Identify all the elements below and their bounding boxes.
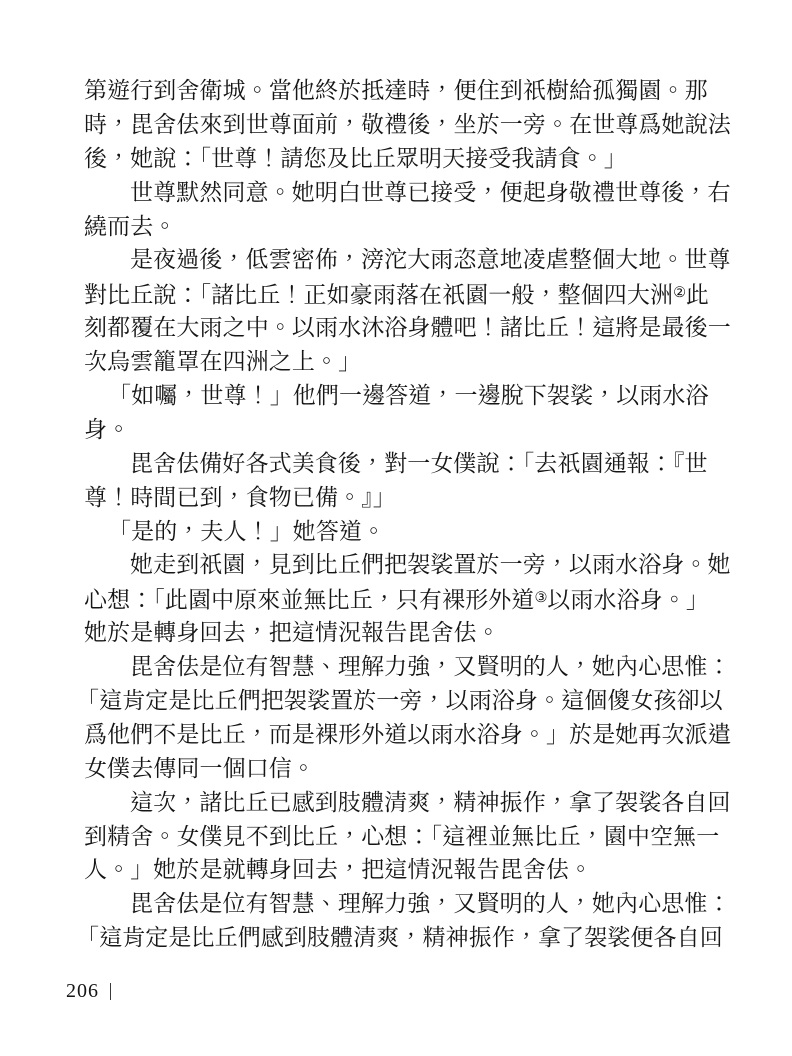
text-line: 後，她說：「世尊！請您及比丘眾明天接受我請食。」 (84, 142, 716, 176)
text-line: 身。 (84, 413, 716, 447)
text-line: 「這肯定是比丘們把袈裟置於一旁，以雨浴身。這個傻女孩卻以 (76, 684, 716, 718)
text-line: 爲他們不是比丘，而是裸形外道以雨水浴身。」於是她再次派遣 (84, 718, 716, 752)
text-line: 心想：「此園中原來並無比丘，只有裸形外道③以雨水浴身。」 (84, 582, 716, 616)
footnote-marker: ② (673, 285, 686, 301)
text-line: 毘舍佉是位有智慧、理解力強，又賢明的人，她內心思惟： (130, 887, 716, 921)
text-line: 「是的，夫人！」她答道。 (108, 515, 716, 549)
text-line: 毘舍佉是位有智慧、理解力強，又賢明的人，她內心思惟： (130, 650, 716, 684)
text-line: 人。」她於是就轉身回去，把這情況報告毘舍佉。 (84, 853, 716, 887)
text-line: 次烏雲籠罩在四洲之上。」 (84, 345, 716, 379)
page-number: 206 (66, 980, 99, 1003)
text-line: 她於是轉身回去，把這情況報告毘舍佉。 (84, 616, 716, 650)
text-line: 世尊默然同意。她明白世尊已接受，便起身敬禮世尊後，右 (130, 176, 716, 210)
body-text: 第遊行到舍衛城。當他終於抵達時，便住到祇樹給孤獨園。那時，毘舍佉來到世尊面前，敬… (84, 74, 716, 955)
page-footer: 206 (66, 980, 111, 1003)
text-line: 時，毘舍佉來到世尊面前，敬禮後，坐於一旁。在世尊爲她說法 (84, 108, 716, 142)
footer-divider-bar (110, 983, 111, 1000)
text-line: 刻都覆在大雨之中。以雨水沐浴身體吧！諸比丘！這將是最後一 (84, 311, 716, 345)
text-line: 第遊行到舍衛城。當他終於抵達時，便住到祇樹給孤獨園。那 (84, 74, 716, 108)
text-line: 尊！時間已到，食物已備。』」 (84, 481, 716, 515)
text-line: 繞而去。 (84, 210, 716, 244)
book-page: 第遊行到舍衛城。當他終於抵達時，便住到祇樹給孤獨園。那時，毘舍佉來到世尊面前，敬… (0, 0, 792, 1056)
text-line: 到精舍。女僕見不到比丘，心想：「這裡並無比丘，園中空無一 (84, 820, 716, 854)
text-line: 女僕去傳同一個口信。 (84, 752, 716, 786)
text-line: 是夜過後，低雲密佈，滂沱大雨恣意地凌虐整個大地。世尊 (130, 243, 716, 277)
text-line: 對比丘說：「諸比丘！正如豪雨落在祇園一般，整個四大洲②此 (84, 277, 716, 311)
footnote-marker: ③ (535, 590, 548, 606)
text-line: 這次，諸比丘已感到肢體清爽，精神振作，拿了袈裟各自回 (130, 786, 716, 820)
text-line: 「如囑，世尊！」他們一邊答道，一邊脫下袈裟，以雨水浴 (108, 379, 716, 413)
text-line: 「這肯定是比丘們感到肢體清爽，精神振作，拿了袈裟便各自回 (76, 921, 716, 955)
text-line: 毘舍佉備好各式美食後，對一女僕說：「去祇園通報：『世 (130, 447, 716, 481)
text-line: 她走到祇園，見到比丘們把袈裟置於一旁，以雨水浴身。她 (130, 548, 716, 582)
